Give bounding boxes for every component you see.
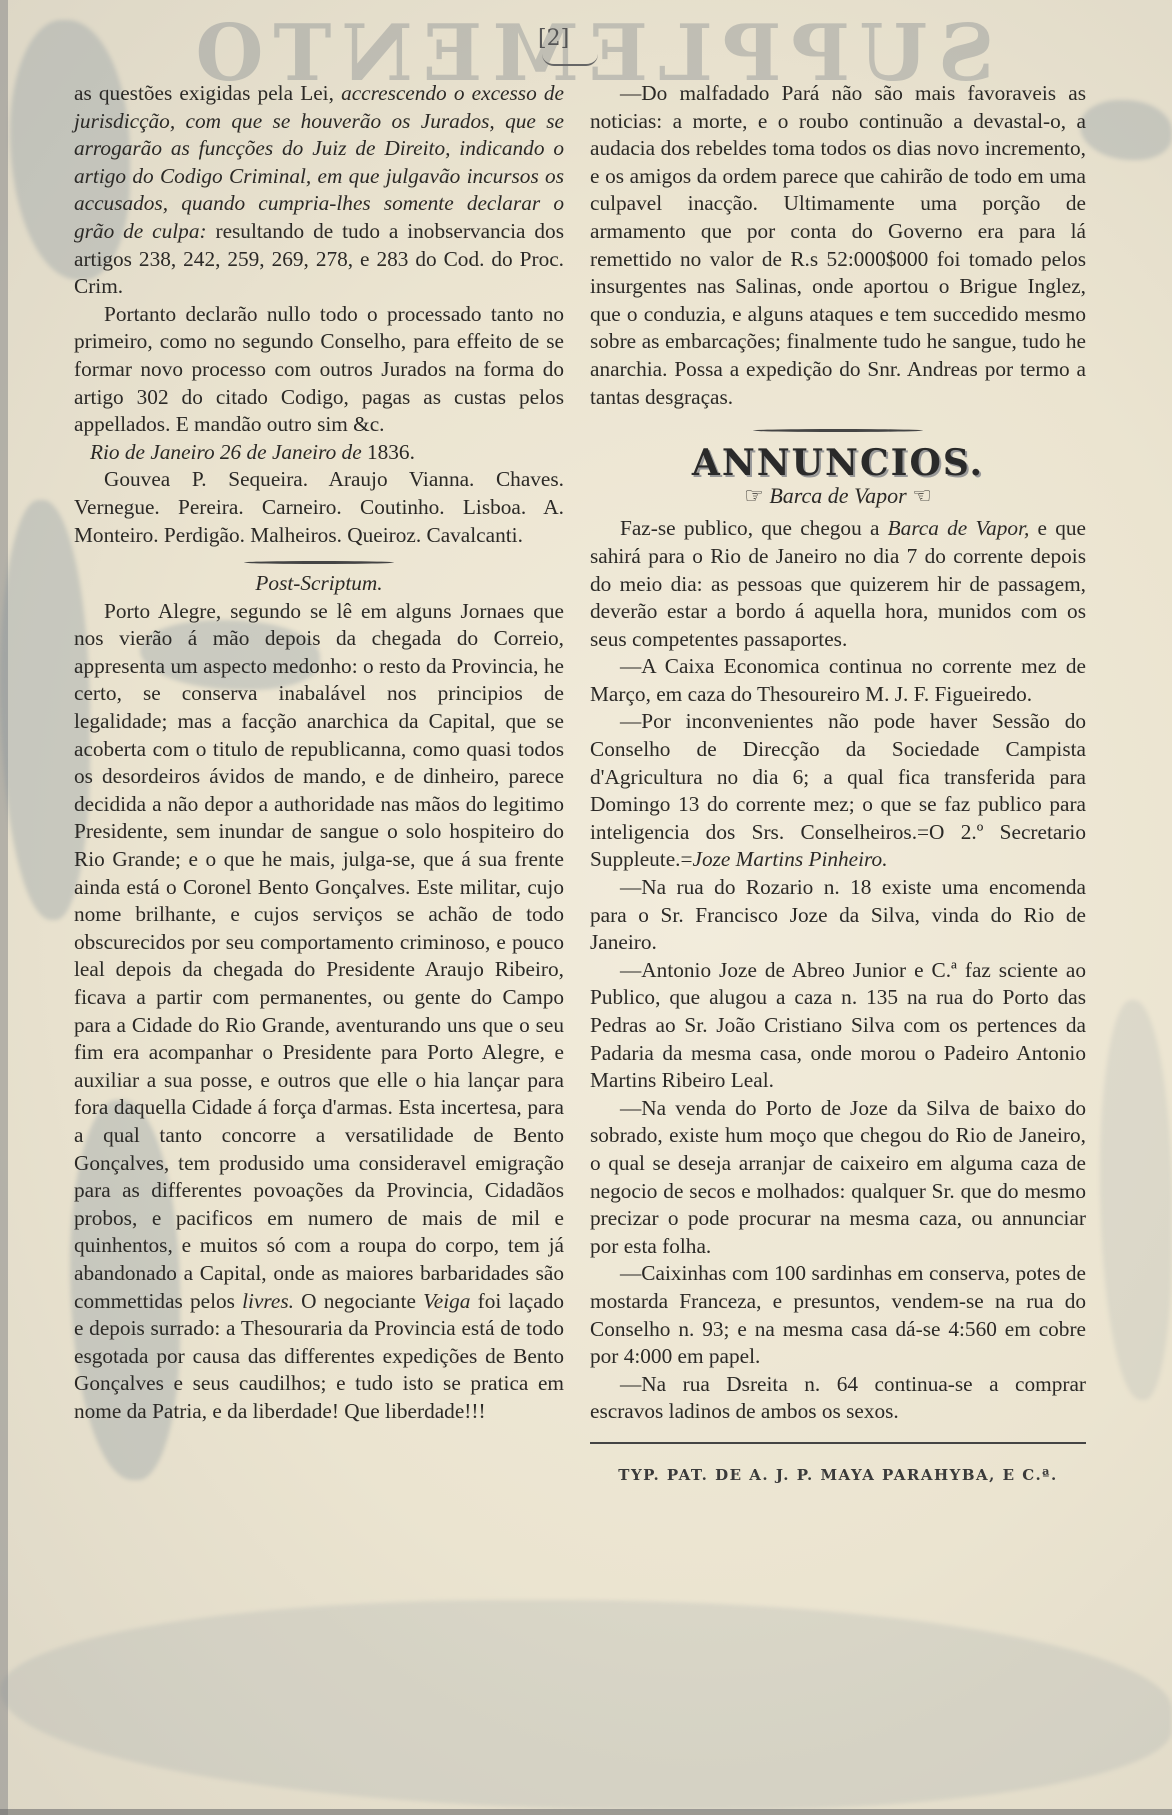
scan-edge-bottom bbox=[0, 1809, 1172, 1815]
scan-edge-left bbox=[0, 0, 8, 1815]
ornamental-divider bbox=[244, 561, 394, 564]
post-script-title: Post-Scriptum. bbox=[74, 570, 564, 598]
ad-caixeiro: —Na venda do Porto de Joze da Silva de b… bbox=[590, 1095, 1086, 1261]
section-divider bbox=[753, 429, 923, 432]
right-column: —Do malfadado Pará não são mais favorave… bbox=[590, 80, 1086, 1490]
page-number: [2] bbox=[538, 26, 569, 51]
ad-escravos: —Na rua Dsreita n. 64 continua-se a comp… bbox=[590, 1371, 1086, 1426]
newspaper-page: SUPPLEMENTO [2] as questões exigidas pel… bbox=[0, 0, 1172, 1815]
water-stain bbox=[0, 1600, 1172, 1810]
water-stain bbox=[1080, 100, 1172, 160]
pointing-hand-left-icon: ☜ bbox=[912, 483, 932, 508]
ad-conselho-sessao: —Por inconvenientes não pode haver Sessã… bbox=[590, 708, 1086, 874]
ad-barca-de-vapor: Faz-se publico, que chegou a Barca de Va… bbox=[590, 515, 1086, 653]
post-script-paragraph: Porto Alegre, segundo se lê em alguns Jo… bbox=[74, 598, 564, 1426]
signatories: Gouvea P. Sequeira. Araujo Vianna. Chave… bbox=[74, 466, 564, 549]
judgment-paragraph: Portanto declarão nullo todo o processad… bbox=[74, 301, 564, 439]
dateline: Rio de Janeiro 26 de Janeiro de 1836. bbox=[74, 439, 564, 467]
water-stain bbox=[1100, 1000, 1172, 1400]
ad-subheading: ☞ Barca de Vapor ☜ bbox=[590, 482, 1086, 510]
court-ruling-paragraph: as questões exigidas pela Lei, accrescen… bbox=[74, 80, 564, 301]
ad-sardinhas: —Caixinhas com 100 sardinhas em conserva… bbox=[590, 1260, 1086, 1370]
printer-imprint: TYP. PAT. DE A. J. P. MAYA PARAHYBA, E C… bbox=[590, 1462, 1086, 1490]
annuncios-heading: ANNUNCIOS. bbox=[590, 450, 1086, 478]
footer-rule bbox=[590, 1442, 1086, 1444]
ad-aluguel-caza: —Antonio Joze de Abreo Junior e C.ª faz … bbox=[590, 957, 1086, 1095]
ad-caixa-economica: —A Caixa Economica continua no corrente … bbox=[590, 653, 1086, 708]
pointing-hand-right-icon: ☞ bbox=[744, 483, 764, 508]
para-news-paragraph: —Do malfadado Pará não são mais favorave… bbox=[590, 80, 1086, 411]
ad-encomenda: —Na rua do Rozario n. 18 existe uma enco… bbox=[590, 874, 1086, 957]
left-column: as questões exigidas pela Lei, accrescen… bbox=[74, 80, 564, 1426]
page-number-ornament bbox=[542, 54, 598, 66]
